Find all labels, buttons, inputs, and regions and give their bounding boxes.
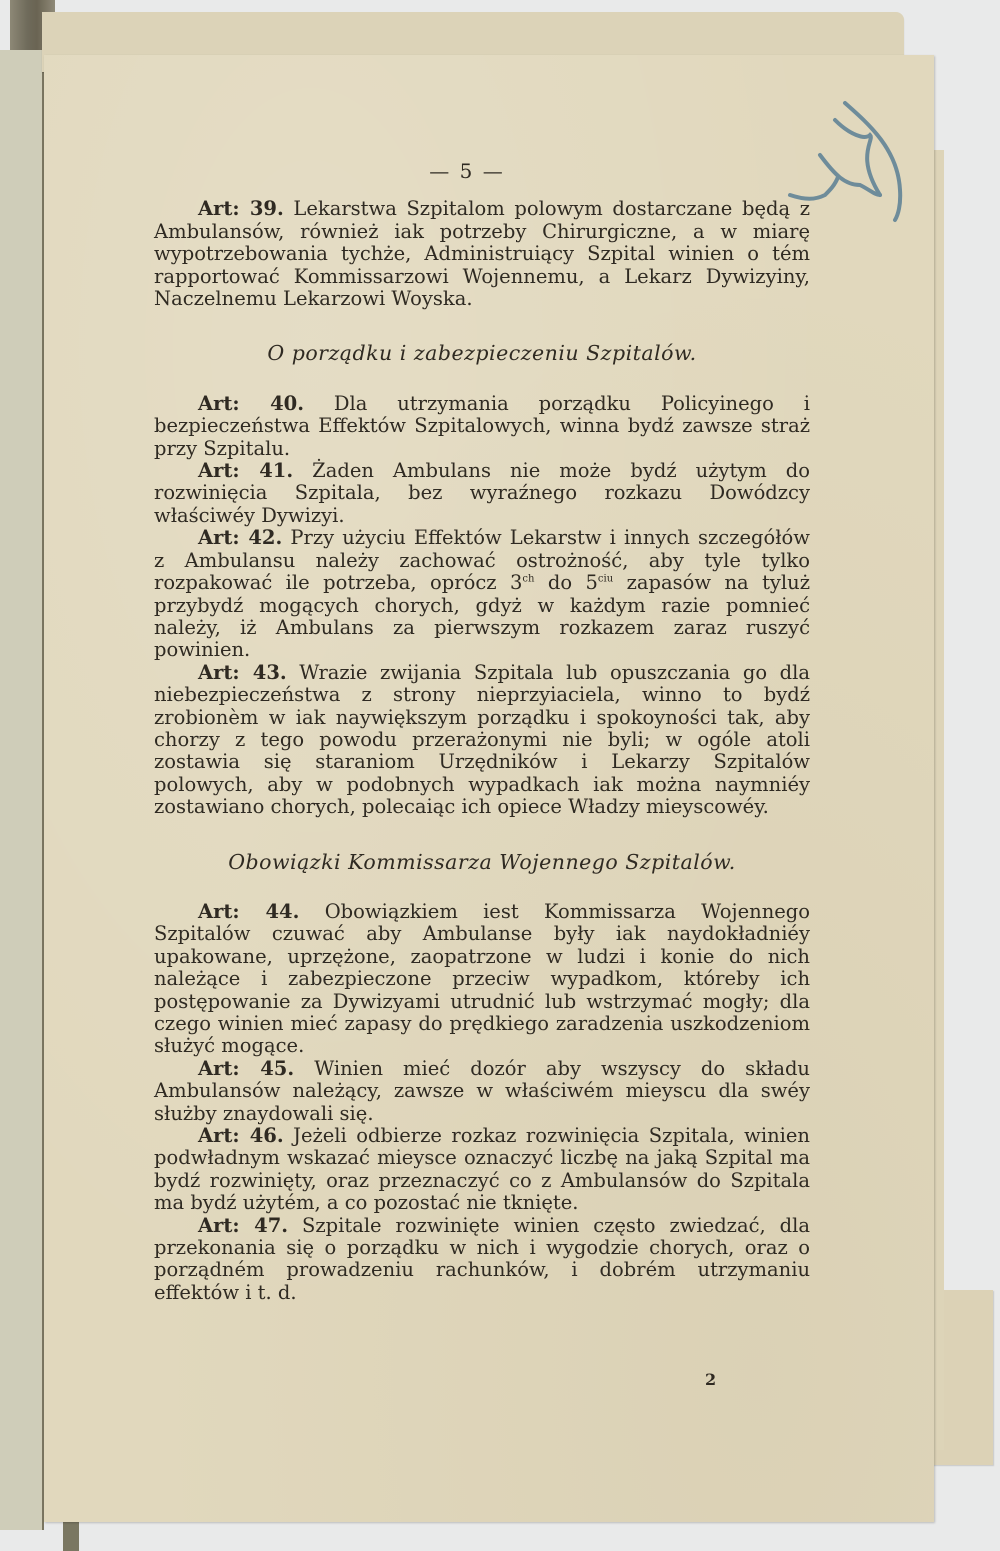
article-label: Art: 43. [198, 661, 287, 684]
article-label: Art: 46. [198, 1124, 284, 1147]
article-43: Art: 43. Wrazie zwijania Szpitala lub op… [154, 662, 810, 819]
article-40: Art: 40. Dla utrzymania porządku Policyi… [154, 393, 810, 460]
article-label: Art: 42. [198, 526, 282, 549]
article-label: Art: 44. [198, 900, 299, 923]
article-39: Art: 39. Lekarstwa Szpitalom polowym dos… [154, 198, 810, 310]
article-46: Art: 46. Jeżeli odbierze rozkaz rozwinię… [154, 1125, 810, 1215]
article-text: Obowiązkiem iest Kommissarza Wojennego S… [154, 900, 810, 1057]
article-label: Art: 45. [198, 1057, 294, 1080]
article-44: Art: 44. Obowiązkiem iest Kommissarza Wo… [154, 901, 810, 1058]
superscript: ciu [598, 574, 613, 585]
page-content: — 5 — Art: 39. Lekarstwa Szpitalom polow… [154, 160, 810, 1304]
article-41: Art: 41. Żaden Ambulans nie może bydź uż… [154, 460, 810, 527]
article-label: Art: 39. [198, 197, 284, 220]
printer-signature-mark: 2 [705, 1370, 716, 1389]
article-42: Art: 42. Przy użyciu Effektów Lekarstw i… [154, 527, 810, 661]
section-heading-commissioner-duties: Obowiązki Kommissarza Wojennego Szpitaló… [154, 851, 810, 873]
article-label: Art: 41. [198, 459, 293, 482]
article-text-part: do 5 [534, 571, 598, 594]
article-label: Art: 40. [198, 392, 304, 415]
article-45: Art: 45. Winien mieć dozór aby wszyscy d… [154, 1058, 810, 1125]
article-label: Art: 47. [198, 1214, 288, 1237]
article-47: Art: 47. Szpitale rozwinięte winien częs… [154, 1215, 810, 1305]
page-number: — 5 — [124, 160, 810, 182]
adjacent-page-left [0, 50, 44, 1530]
article-text: Wrazie zwijania Szpitala lub opuszczania… [154, 661, 810, 818]
superscript: ch [522, 574, 534, 585]
section-heading-order-security: O porządku i zabezpieczeniu Szpitalów. [154, 342, 810, 364]
